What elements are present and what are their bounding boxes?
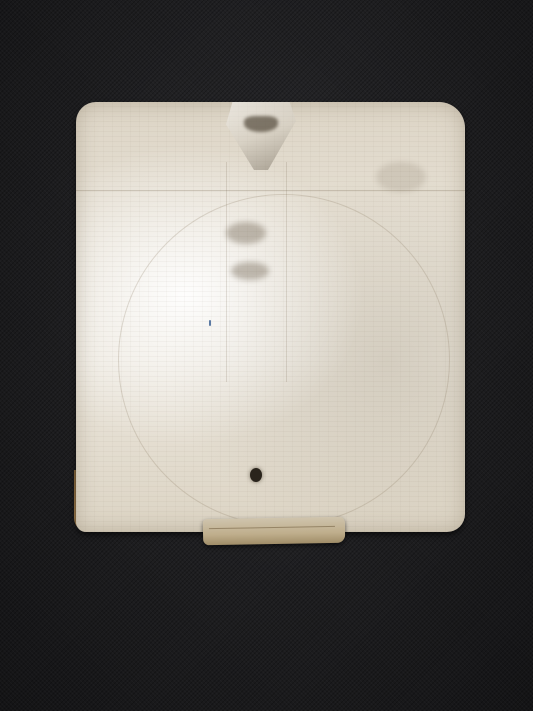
record-sleeve — [76, 102, 465, 532]
smudge — [226, 222, 266, 244]
photo-scene — [0, 0, 533, 711]
pen-mark — [209, 320, 211, 326]
folded-bottom-flap — [203, 517, 345, 545]
crease-line — [286, 162, 287, 382]
smudge — [231, 262, 269, 280]
crease-line — [226, 162, 227, 382]
torn-hole — [250, 468, 262, 482]
tape-stain — [244, 116, 278, 132]
record-outline — [118, 194, 450, 526]
tape-patch — [226, 102, 296, 170]
smudge — [376, 162, 426, 192]
